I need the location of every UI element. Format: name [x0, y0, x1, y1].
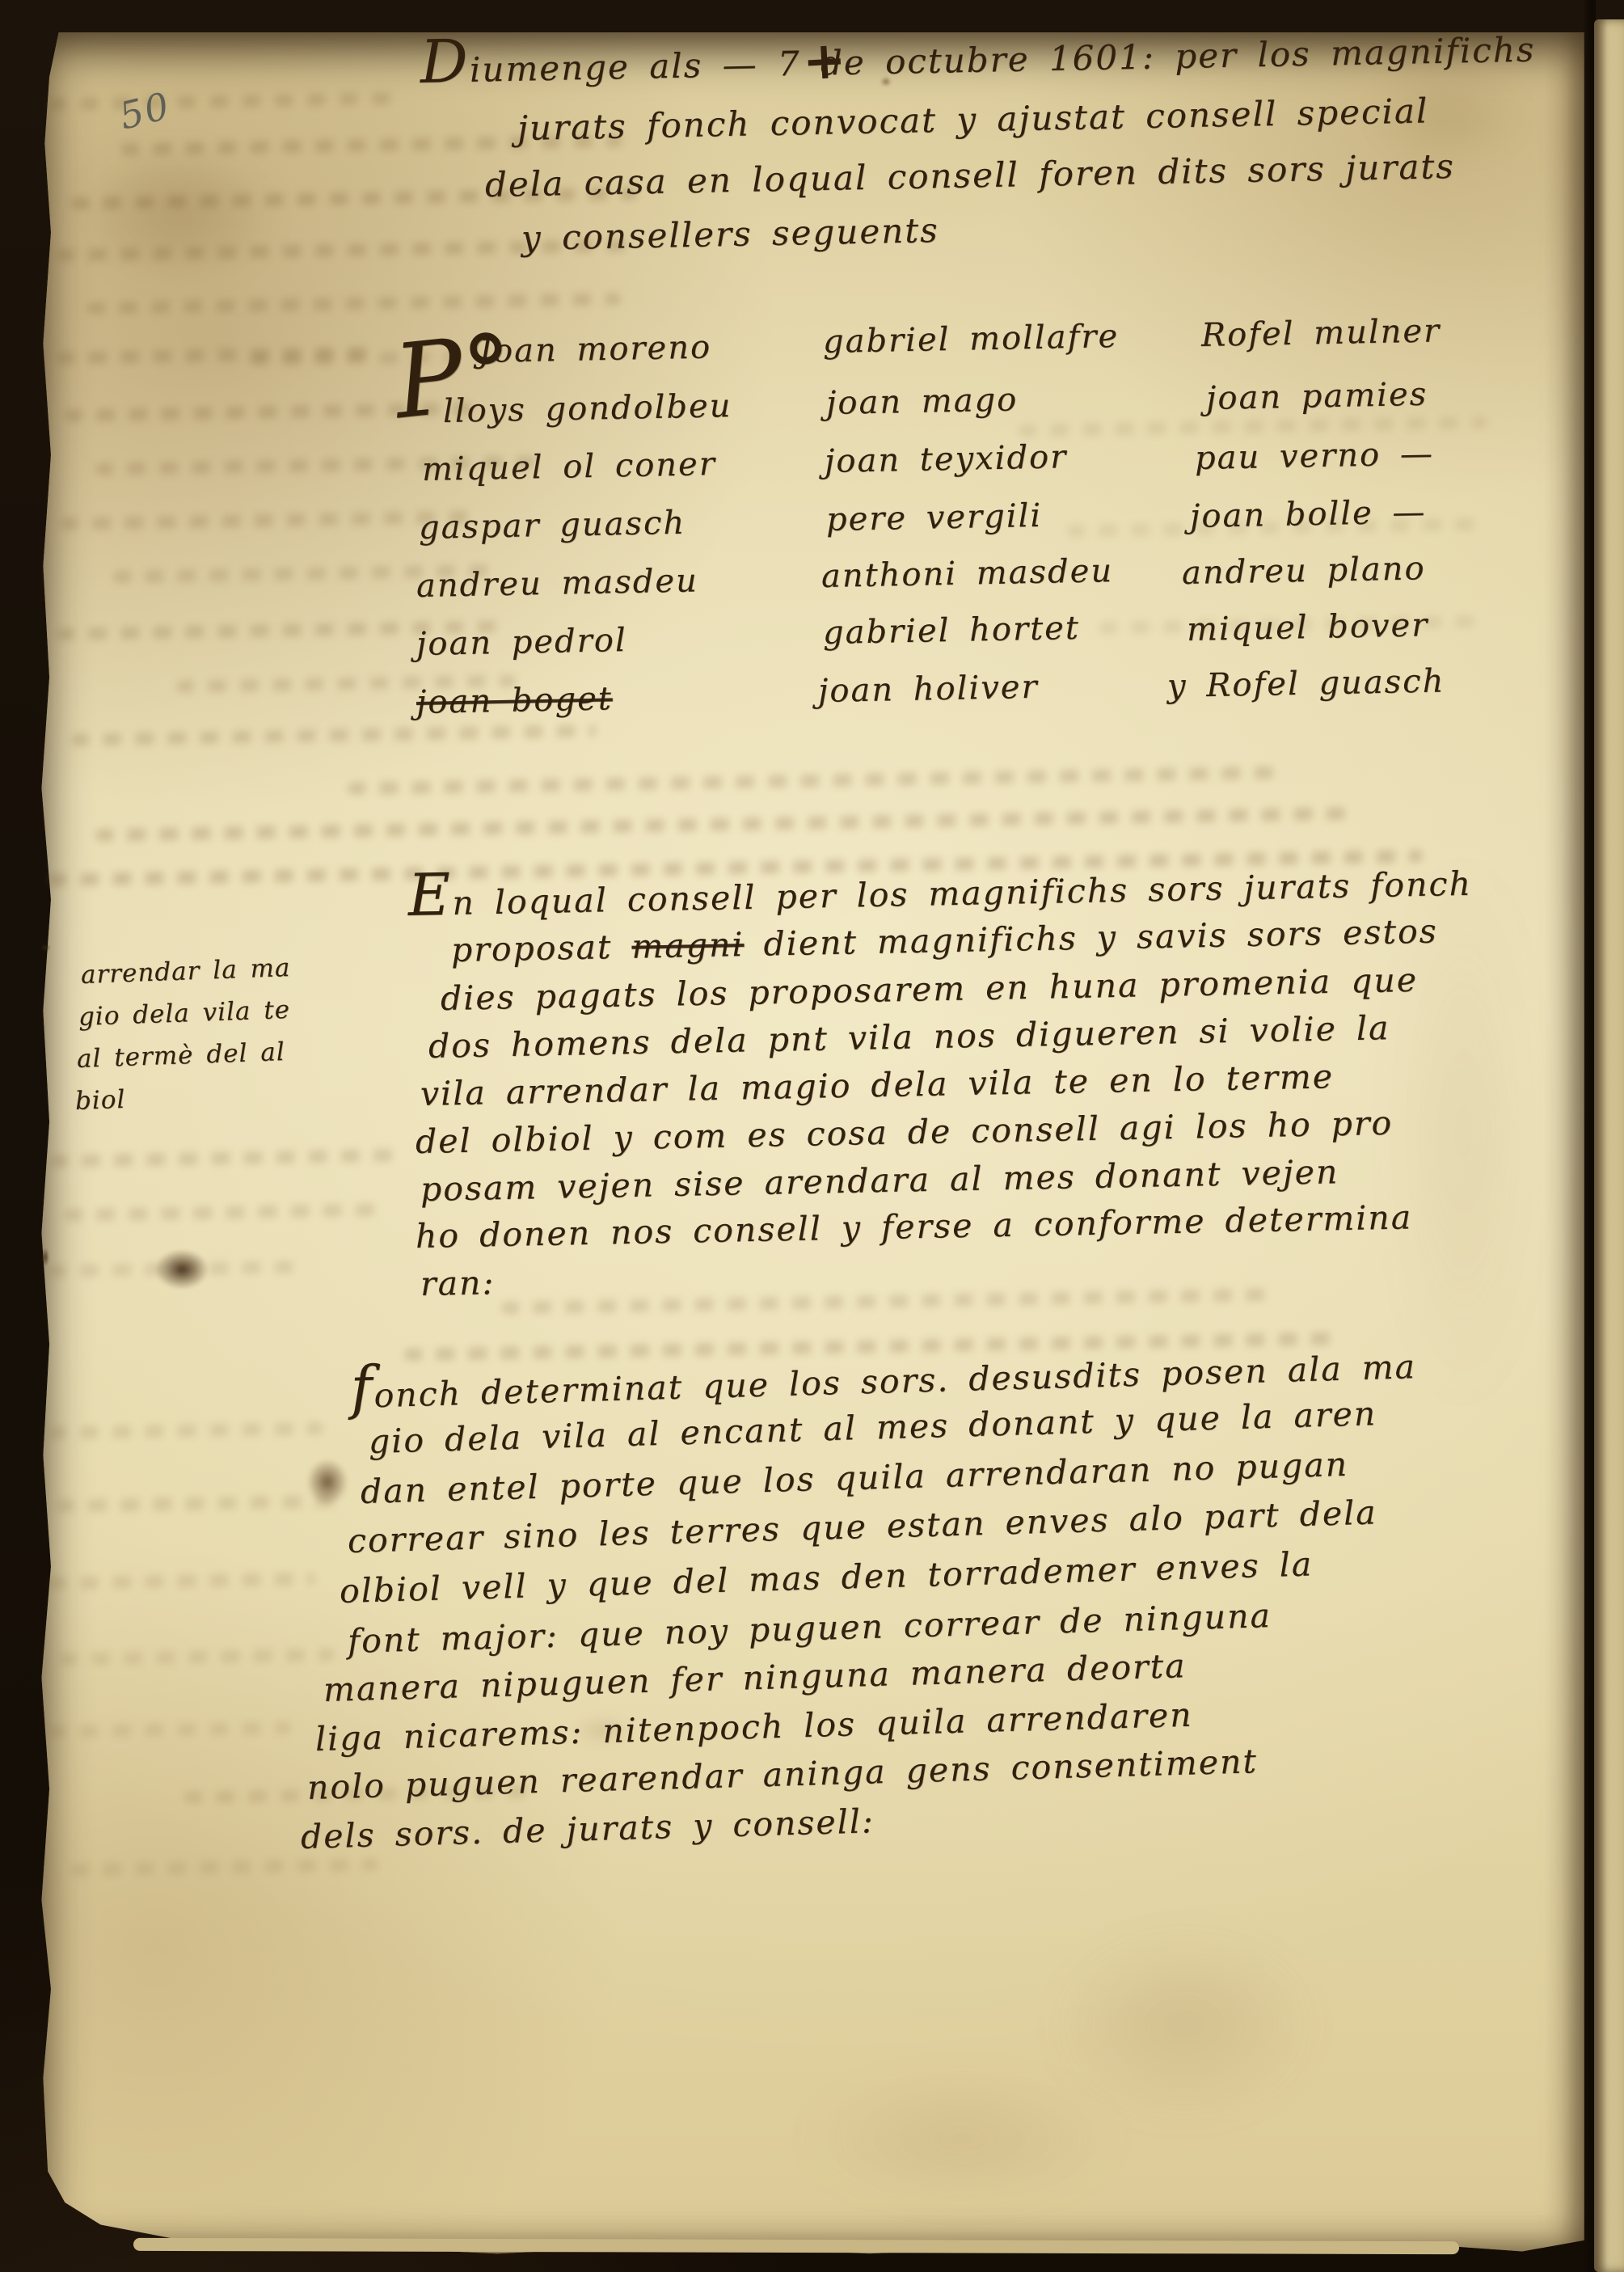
under-sheet-edge — [133, 2238, 1459, 2254]
heading-line: y consellers seguents — [521, 210, 940, 258]
attendee-name: miquel ol coner — [422, 446, 717, 488]
ink-stain — [301, 1452, 354, 1512]
attendee-name: Joan moreno — [479, 328, 712, 370]
paragraph-text: proposat — [451, 927, 632, 969]
attendee-name: gaspar guasch — [419, 505, 686, 547]
ink-stain — [147, 1244, 217, 1295]
ink-stain — [40, 1245, 50, 1269]
ink-stain — [39, 943, 52, 952]
paragraph-line: ran: — [420, 1263, 496, 1303]
attendee-name: Rofel mulner — [1201, 312, 1441, 354]
attendee-name: joan pamies — [1206, 376, 1428, 417]
attendee-name: joan pedrol — [416, 622, 628, 663]
attendee-name: anthoni masdeu — [821, 552, 1114, 595]
ink-stain — [44, 121, 311, 307]
attendee-name: joan holiver — [818, 669, 1039, 710]
next-page-edge — [1594, 19, 1624, 2272]
manuscript-scan: 50 + Diumenge als — 7 de octubre 1601: p… — [0, 0, 1624, 2272]
attendee-name: pere vergili — [826, 497, 1043, 538]
ink-stain — [752, 2054, 1172, 2223]
attendee-name: andreu plano — [1182, 550, 1426, 592]
attendee-name: joan mago — [826, 381, 1019, 422]
attendee-name: gabriel mollafre — [823, 318, 1120, 361]
attendee-name: joan boget — [416, 680, 614, 721]
margin-note-line: biol — [74, 1085, 126, 1116]
attendee-name: joan teyxidor — [825, 438, 1068, 480]
attendee-name: miquel bover — [1187, 606, 1429, 648]
attendee-name: joan bolle — — [1190, 493, 1427, 535]
attendee-name: pau verno — — [1195, 435, 1435, 477]
attendee-name: y Rofel guasch — [1167, 662, 1445, 705]
attendee-name: gabriel hortet — [823, 610, 1081, 652]
struck-word: magni — [631, 925, 745, 966]
attendee-name: andreu masdeu — [416, 562, 699, 605]
attendee-name: lloys gondolbeu — [443, 387, 732, 430]
